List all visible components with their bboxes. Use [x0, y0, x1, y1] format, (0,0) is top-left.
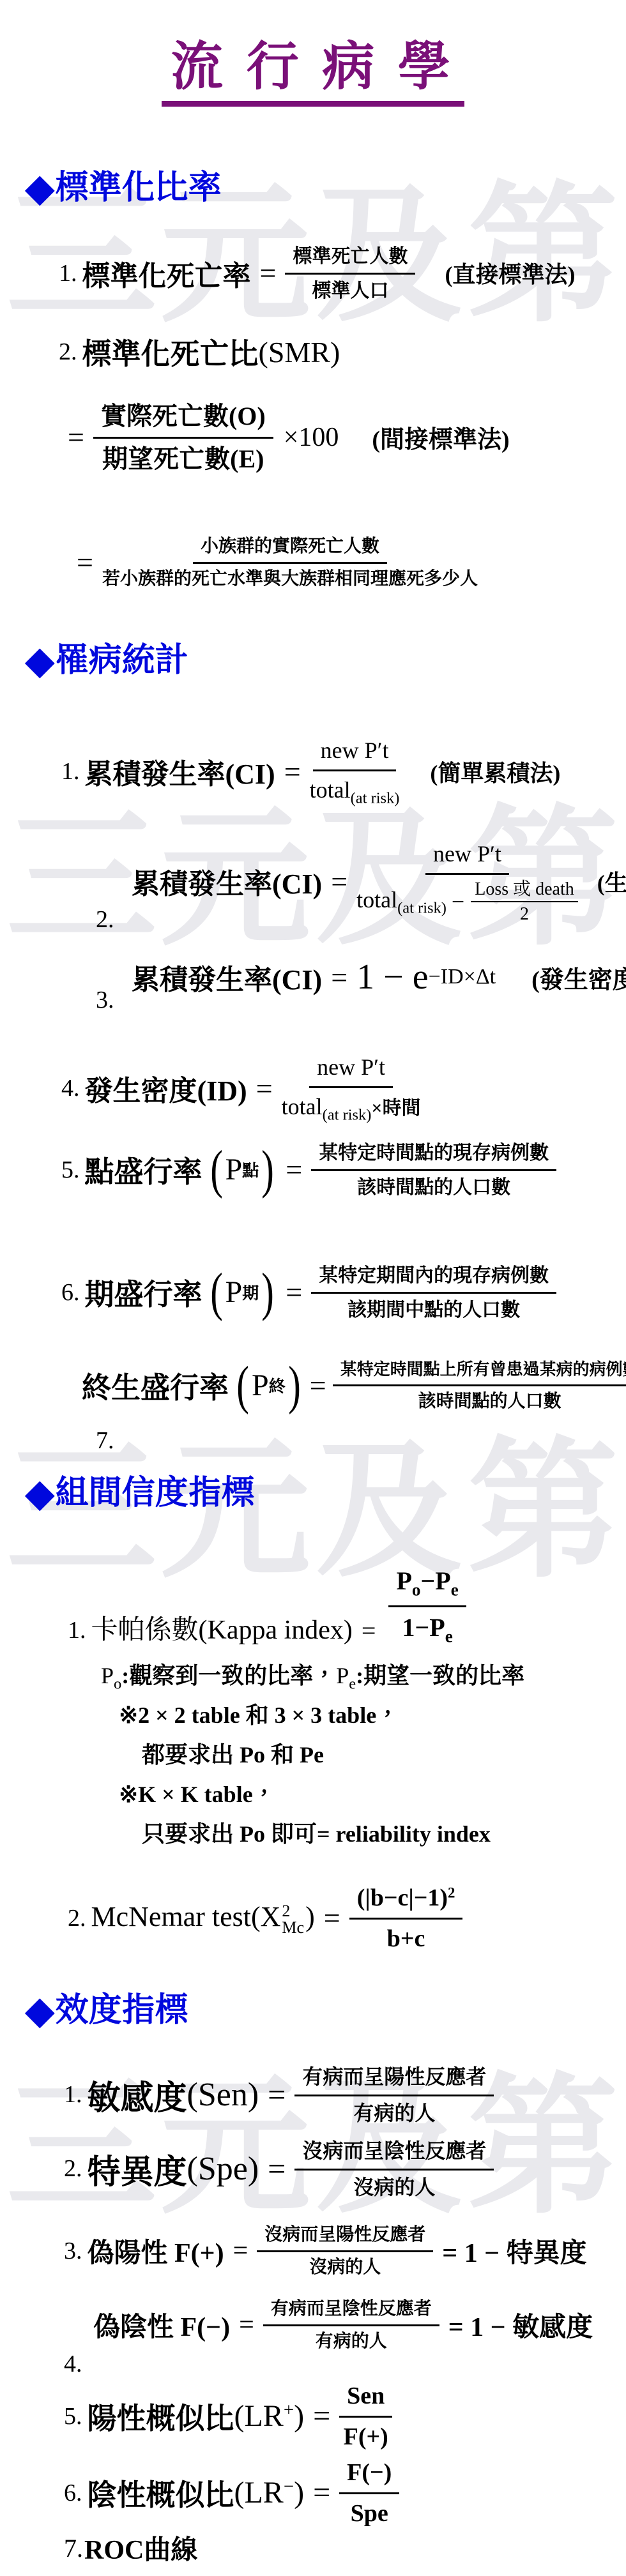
open-paren: ( [210, 1269, 223, 1315]
fraction-numerator: Sen [339, 2379, 392, 2418]
formula-false-negative: 偽陰性 F(−) = 有病而呈陰性反應者 有病的人 = 1 − 敏感度 [93, 2296, 593, 2354]
sup-sub-stack: 2Mc [282, 1903, 304, 1936]
p-letter: P [252, 1368, 269, 1403]
formula-cumulative-incidence-lifetable: 累積發生率(CI) = new P′t total(at risk) − Los… [132, 838, 626, 925]
item-label: ROC曲線 [84, 2529, 197, 2567]
item-number: 3. [64, 2237, 82, 2265]
item-number: 2. [68, 1904, 86, 1932]
item-number: 2. [59, 338, 77, 366]
method-note: (簡單累積法) [430, 755, 560, 788]
page-title: 流 行 病 學 [162, 41, 464, 107]
formula-specificity: 2. 特異度 (Spe) = 沒病而呈陰性反應者 沒病的人 [64, 2137, 494, 2201]
p-subscript: 點 [242, 1158, 259, 1181]
diamond-icon: ◆ [26, 170, 54, 207]
formula-standardized-mortality-rate: 1. 標準化死亡率 = 標準死亡人數 標準人口 (直接標準法) [59, 243, 575, 303]
formula-label: 敏感度 [88, 2071, 187, 2119]
fraction: (|b−c|−1)2 b+c [349, 1881, 463, 1955]
formula-smr-explained: = 小族群的實際死亡人數 若小族群的死亡水準與大族群相同理應死多少人 [68, 534, 478, 591]
equals-sign: = [331, 960, 347, 994]
fraction-numerator: 某特定時間點的現存病例數 [311, 1139, 556, 1171]
fraction-denominator: 該時間點的人口數 [357, 1171, 510, 1200]
fraction-denominator: Spe [351, 2494, 388, 2529]
formula-sensitivity: 1. 敏感度 (Sen) = 有病而呈陽性反應者 有病的人 [64, 2063, 494, 2126]
kappa-note-kxk: ※K × K table， [119, 1777, 276, 1809]
fraction-numerator: new P′t [309, 1051, 393, 1088]
formula-false-positive: 3. 偽陽性 F(+) = 沒病而呈陽性反應者 沒病的人 = 1 − 特異度 [64, 2222, 587, 2280]
section-heading-inter-rater-reliability: ◆ 組間信度指標 [26, 1475, 255, 1512]
watermark-char: 第 [468, 1436, 618, 1586]
fraction-denominator: total(at risk) [310, 771, 400, 808]
lr-superscript: − [284, 2477, 294, 2497]
fraction-numerator: 實際死亡數(O) [93, 398, 273, 439]
fraction-denominator: 1−Pe [402, 1607, 452, 1648]
equals-sign: = [260, 256, 277, 290]
fraction: 有病而呈陰性反應者 有病的人 [263, 2296, 439, 2354]
formula-label: 累積發生率(CI) [132, 957, 322, 997]
equals-sign: = [68, 420, 84, 454]
method-note: (間接標準法) [372, 420, 509, 455]
formula-smr-fraction: = 實際死亡數(O) 期望死亡數(E) ×100 (間接標準法) [59, 398, 510, 476]
fraction: 沒病而呈陽性反應者 沒病的人 [257, 2222, 433, 2280]
fraction-denominator: 若小族群的死亡水準與大族群相同理應死多少人 [102, 564, 478, 591]
fraction: 某特定時間點上所有曾患過某病的病例數 該時間點的人口數 [333, 1358, 626, 1413]
fraction-numerator: 有病而呈陰性反應者 [263, 2296, 439, 2326]
section-heading-validity-indicators: ◆ 效度指標 [26, 1992, 188, 2029]
fraction: Sen F(+) [339, 2379, 392, 2453]
formula-abbr: (LR+) [234, 2398, 305, 2434]
document-page: 三元及第 三元及第 三元及第 三元及第 流 行 病 學 ◆ 標準化比率 1. 標… [0, 0, 626, 2576]
formula-smr-title: 2. 標準化死亡比 (SMR) [59, 331, 340, 373]
exp-superscript: −ID×Δt [429, 965, 496, 989]
close-paren: ) [261, 1269, 274, 1315]
method-note: (直接標準法) [445, 257, 575, 289]
equivalence-suffix: = 1 − 特異度 [442, 2232, 586, 2270]
fraction-numerator: 沒病而呈陰性反應者 [294, 2137, 494, 2171]
equals-sign: = [284, 755, 301, 789]
fraction: 有病而呈陽性反應者 有病的人 [294, 2063, 494, 2126]
formula-label: 累積發生率(CI) [132, 861, 322, 902]
fraction-numerator: 某特定期間內的現存病例數 [311, 1262, 556, 1294]
equals-sign: = [77, 545, 93, 579]
kappa-note-2x2: ※2 × 2 table 和 3 × 3 table， [119, 1697, 399, 1730]
p-symbol-group: ( P終 ) [234, 1363, 303, 1408]
equivalence-suffix: = 1 − 敏感度 [448, 2306, 593, 2344]
fraction: 某特定時間點的現存病例數 該時間點的人口數 [311, 1139, 556, 1200]
fraction-denominator: 沒病的人 [353, 2171, 435, 2201]
item-number: 1. [64, 2080, 82, 2109]
formula-lifetime-prevalence: 終生盛行率 ( P終 ) = 某特定時間點上所有曾患過某病的病例數 該時間點的人… [82, 1358, 626, 1413]
p-symbol-group: ( P點 ) [208, 1147, 277, 1192]
p-letter: P [225, 1152, 242, 1187]
times-time: ×時間 [371, 1098, 420, 1119]
formula-mcnemar-test: 2. McNemar test(X2Mc) = (|b−c|−1)2 b+c [68, 1881, 462, 1955]
diamond-icon: ◆ [26, 642, 54, 679]
fraction-denominator: 有病的人 [353, 2096, 435, 2127]
subscript: (at risk) [351, 789, 400, 807]
fraction-denominator: 標準人口 [312, 275, 388, 303]
fraction-denominator: 有病的人 [316, 2326, 387, 2353]
fraction: 某特定期間內的現存病例數 該期間中點的人口數 [311, 1262, 556, 1322]
fraction: new P′t total(at risk) − Loss 或 death 2 [356, 838, 578, 925]
kappa-note-definitions: Po:觀察到一致的比率，Pe:期望一致的比率 [101, 1658, 524, 1693]
fraction-denominator: 該期間中點的人口數 [347, 1294, 520, 1322]
fraction-denominator: total(at risk) − Loss 或 death 2 [356, 875, 578, 925]
formula-abbr: (Spe) [187, 2150, 259, 2188]
formula-cumulative-incidence-simple: 1. 累積發生率(CI) = new P′t total(at risk) (簡… [61, 734, 560, 808]
fraction-denominator: 沒病的人 [309, 2252, 381, 2279]
fraction: new P′t total(at risk) [310, 734, 400, 808]
fraction-numerator: new P′t [425, 838, 509, 875]
fraction: 沒病而呈陰性反應者 沒病的人 [294, 2137, 494, 2201]
item-number: 5. [64, 2402, 82, 2430]
section-heading-standardized-ratios: ◆ 標準化比率 [26, 170, 222, 207]
item-number: 7. [96, 1427, 114, 1455]
p-subscript: 終 [269, 1374, 286, 1397]
title-wrap: 流 行 病 學 [0, 41, 626, 107]
item-number: 2. [64, 2155, 82, 2183]
section-heading-label: 罹病統計 [56, 642, 188, 679]
fraction-numerator: Po−Pe [388, 1563, 466, 1607]
fraction-denominator: b+c [387, 1920, 425, 1955]
p-symbol-group: ( P期 ) [208, 1269, 277, 1315]
fraction: 標準死亡人數 標準人口 [285, 243, 415, 303]
equals-sign: = [362, 1616, 376, 1646]
nested-fraction: Loss 或 death 2 [471, 879, 578, 925]
formula-label: 期盛行率 [85, 1271, 202, 1314]
p-letter: P [225, 1275, 242, 1310]
item-number: 4. [61, 1074, 80, 1102]
fraction-numerator: 標準死亡人數 [285, 243, 415, 275]
item-number: 4. [64, 2350, 82, 2378]
formula-label: 發生密度(ID) [85, 1068, 247, 1109]
formula-label: 標準化死亡率 [82, 253, 251, 294]
formula-incidence-density: 4. 發生密度(ID) = new P′t total(at risk)×時間 [61, 1051, 421, 1125]
nested-numerator: Loss 或 death [471, 879, 578, 903]
formula-abbr: (Sen) [187, 2076, 259, 2114]
item-number: 5. [61, 1156, 80, 1184]
fraction-numerator: F(−) [339, 2456, 399, 2494]
formula-label: 累積發生率(CI) [85, 751, 275, 792]
equals-sign: = [268, 2150, 286, 2187]
formula-period-prevalence: 6. 期盛行率 ( P期 ) = 某特定期間內的現存病例數 該期間中點的人口數 [61, 1262, 556, 1322]
equals-sign: = [331, 865, 347, 898]
p-subscript: 期 [242, 1280, 259, 1304]
formula-kappa-index: 1. 卡帕係數(Kappa index) = Po−Pe 1−Pe [68, 1563, 466, 1648]
section-heading-label: 效度指標 [56, 1992, 188, 2029]
section-heading-morbidity-statistics: ◆ 罹病統計 [26, 642, 188, 679]
equals-sign: = [313, 2475, 330, 2510]
open-paren: ( [236, 1363, 249, 1408]
item-number: 7. [64, 2533, 83, 2563]
item-number: 6. [61, 1278, 80, 1307]
subscript: (at risk) [323, 1106, 372, 1123]
formula-negative-likelihood-ratio: 6. 陰性概似比 (LR−) = F(−) Spe [64, 2456, 399, 2530]
exp-base: 1 − e [356, 957, 428, 997]
fraction-numerator: 小族群的實際死亡人數 [193, 534, 387, 564]
item-number: 3. [96, 986, 114, 1014]
lr-superscript: + [284, 2400, 294, 2421]
fraction-denominator: 期望死亡數(E) [102, 439, 264, 476]
item-number: 1. [59, 259, 77, 287]
fraction: Po−Pe 1−Pe [388, 1563, 466, 1648]
formula-label: 標準化死亡比 [82, 331, 259, 373]
formula-abbr: (LR−) [234, 2475, 305, 2510]
formula-positive-likelihood-ratio: 5. 陽性概似比 (LR+) = Sen F(+) [64, 2379, 392, 2453]
kappa-note-po-pe: 都要求出 Po 和 Pe [142, 1737, 324, 1769]
formula-label: McNemar test(X2Mc) [91, 1900, 315, 1936]
fraction: F(−) Spe [339, 2456, 399, 2530]
item-number: 6. [64, 2479, 82, 2507]
formula-label: 陽性概似比 [88, 2395, 234, 2437]
diamond-icon: ◆ [26, 1992, 54, 2029]
formula-label: 偽陽性 F(+) [88, 2232, 224, 2270]
fraction-numerator: 沒病而呈陽性反應者 [257, 2222, 433, 2252]
equals-sign: = [239, 2310, 254, 2340]
fraction-denominator: total(at risk)×時間 [282, 1088, 421, 1125]
equals-sign: = [268, 2076, 286, 2113]
fraction-denominator: 該時間點的人口數 [418, 1386, 561, 1413]
equals-sign: = [286, 1153, 302, 1186]
equals-sign: = [310, 1368, 326, 1402]
superscript: 2 [448, 1884, 455, 1900]
nested-denominator: 2 [520, 902, 529, 925]
multiplier: ×100 [284, 422, 339, 453]
section-heading-label: 組間信度指標 [56, 1475, 255, 1512]
item-number: 2. [96, 905, 114, 934]
fraction-numerator: 有病而呈陽性反應者 [294, 2063, 494, 2096]
formula-cumulative-incidence-density: 累積發生率(CI) = 1 − e −ID×Δt (發生密度法) [132, 957, 626, 997]
kappa-note-reliability-index: 只要求出 Po 即可= reliability index [142, 1816, 491, 1849]
section-heading-label: 標準化比率 [56, 170, 222, 206]
diamond-icon: ◆ [26, 1475, 54, 1512]
item-number: 1. [61, 757, 80, 785]
formula-label: 卡帕係數(Kappa index) [91, 1609, 353, 1647]
formula-label: 特異度 [88, 2145, 187, 2193]
item-roc-curve: 7. ROC曲線 [64, 2529, 197, 2567]
method-note: (生命表法) [597, 865, 626, 898]
equals-sign: = [313, 2398, 330, 2434]
fraction: 實際死亡數(O) 期望死亡數(E) [93, 398, 273, 476]
minus-sign: − [452, 887, 464, 917]
formula-label: 點盛行率 [85, 1149, 202, 1191]
formula-label: 陰性概似比 [88, 2472, 234, 2514]
item-number: 1. [68, 1616, 86, 1644]
fraction-denominator: F(+) [344, 2418, 388, 2453]
equals-sign: = [233, 2236, 248, 2266]
close-paren: ) [261, 1147, 274, 1192]
formula-abbr: (SMR) [259, 335, 340, 369]
method-note: (發生密度法) [531, 960, 626, 995]
fraction: 小族群的實際死亡人數 若小族群的死亡水準與大族群相同理應死多少人 [102, 534, 478, 591]
close-paren: ) [288, 1363, 301, 1408]
open-paren: ( [210, 1147, 223, 1192]
equals-sign: = [324, 1901, 340, 1935]
formula-point-prevalence: 5. 點盛行率 ( P點 ) = 某特定時間點的現存病例數 該時間點的人口數 [61, 1139, 556, 1200]
fraction-numerator: new P′t [313, 734, 397, 771]
formula-label: 偽陰性 F(−) [93, 2306, 230, 2344]
fraction-numerator: 某特定時間點上所有曾患過某病的病例數 [333, 1358, 626, 1386]
fraction: new P′t total(at risk)×時間 [282, 1051, 421, 1125]
fraction-numerator: (|b−c|−1)2 [349, 1881, 463, 1920]
formula-label: 終生盛行率 [82, 1365, 229, 1407]
equals-sign: = [256, 1072, 273, 1105]
subscript: (at risk) [397, 900, 447, 917]
equals-sign: = [286, 1275, 302, 1309]
